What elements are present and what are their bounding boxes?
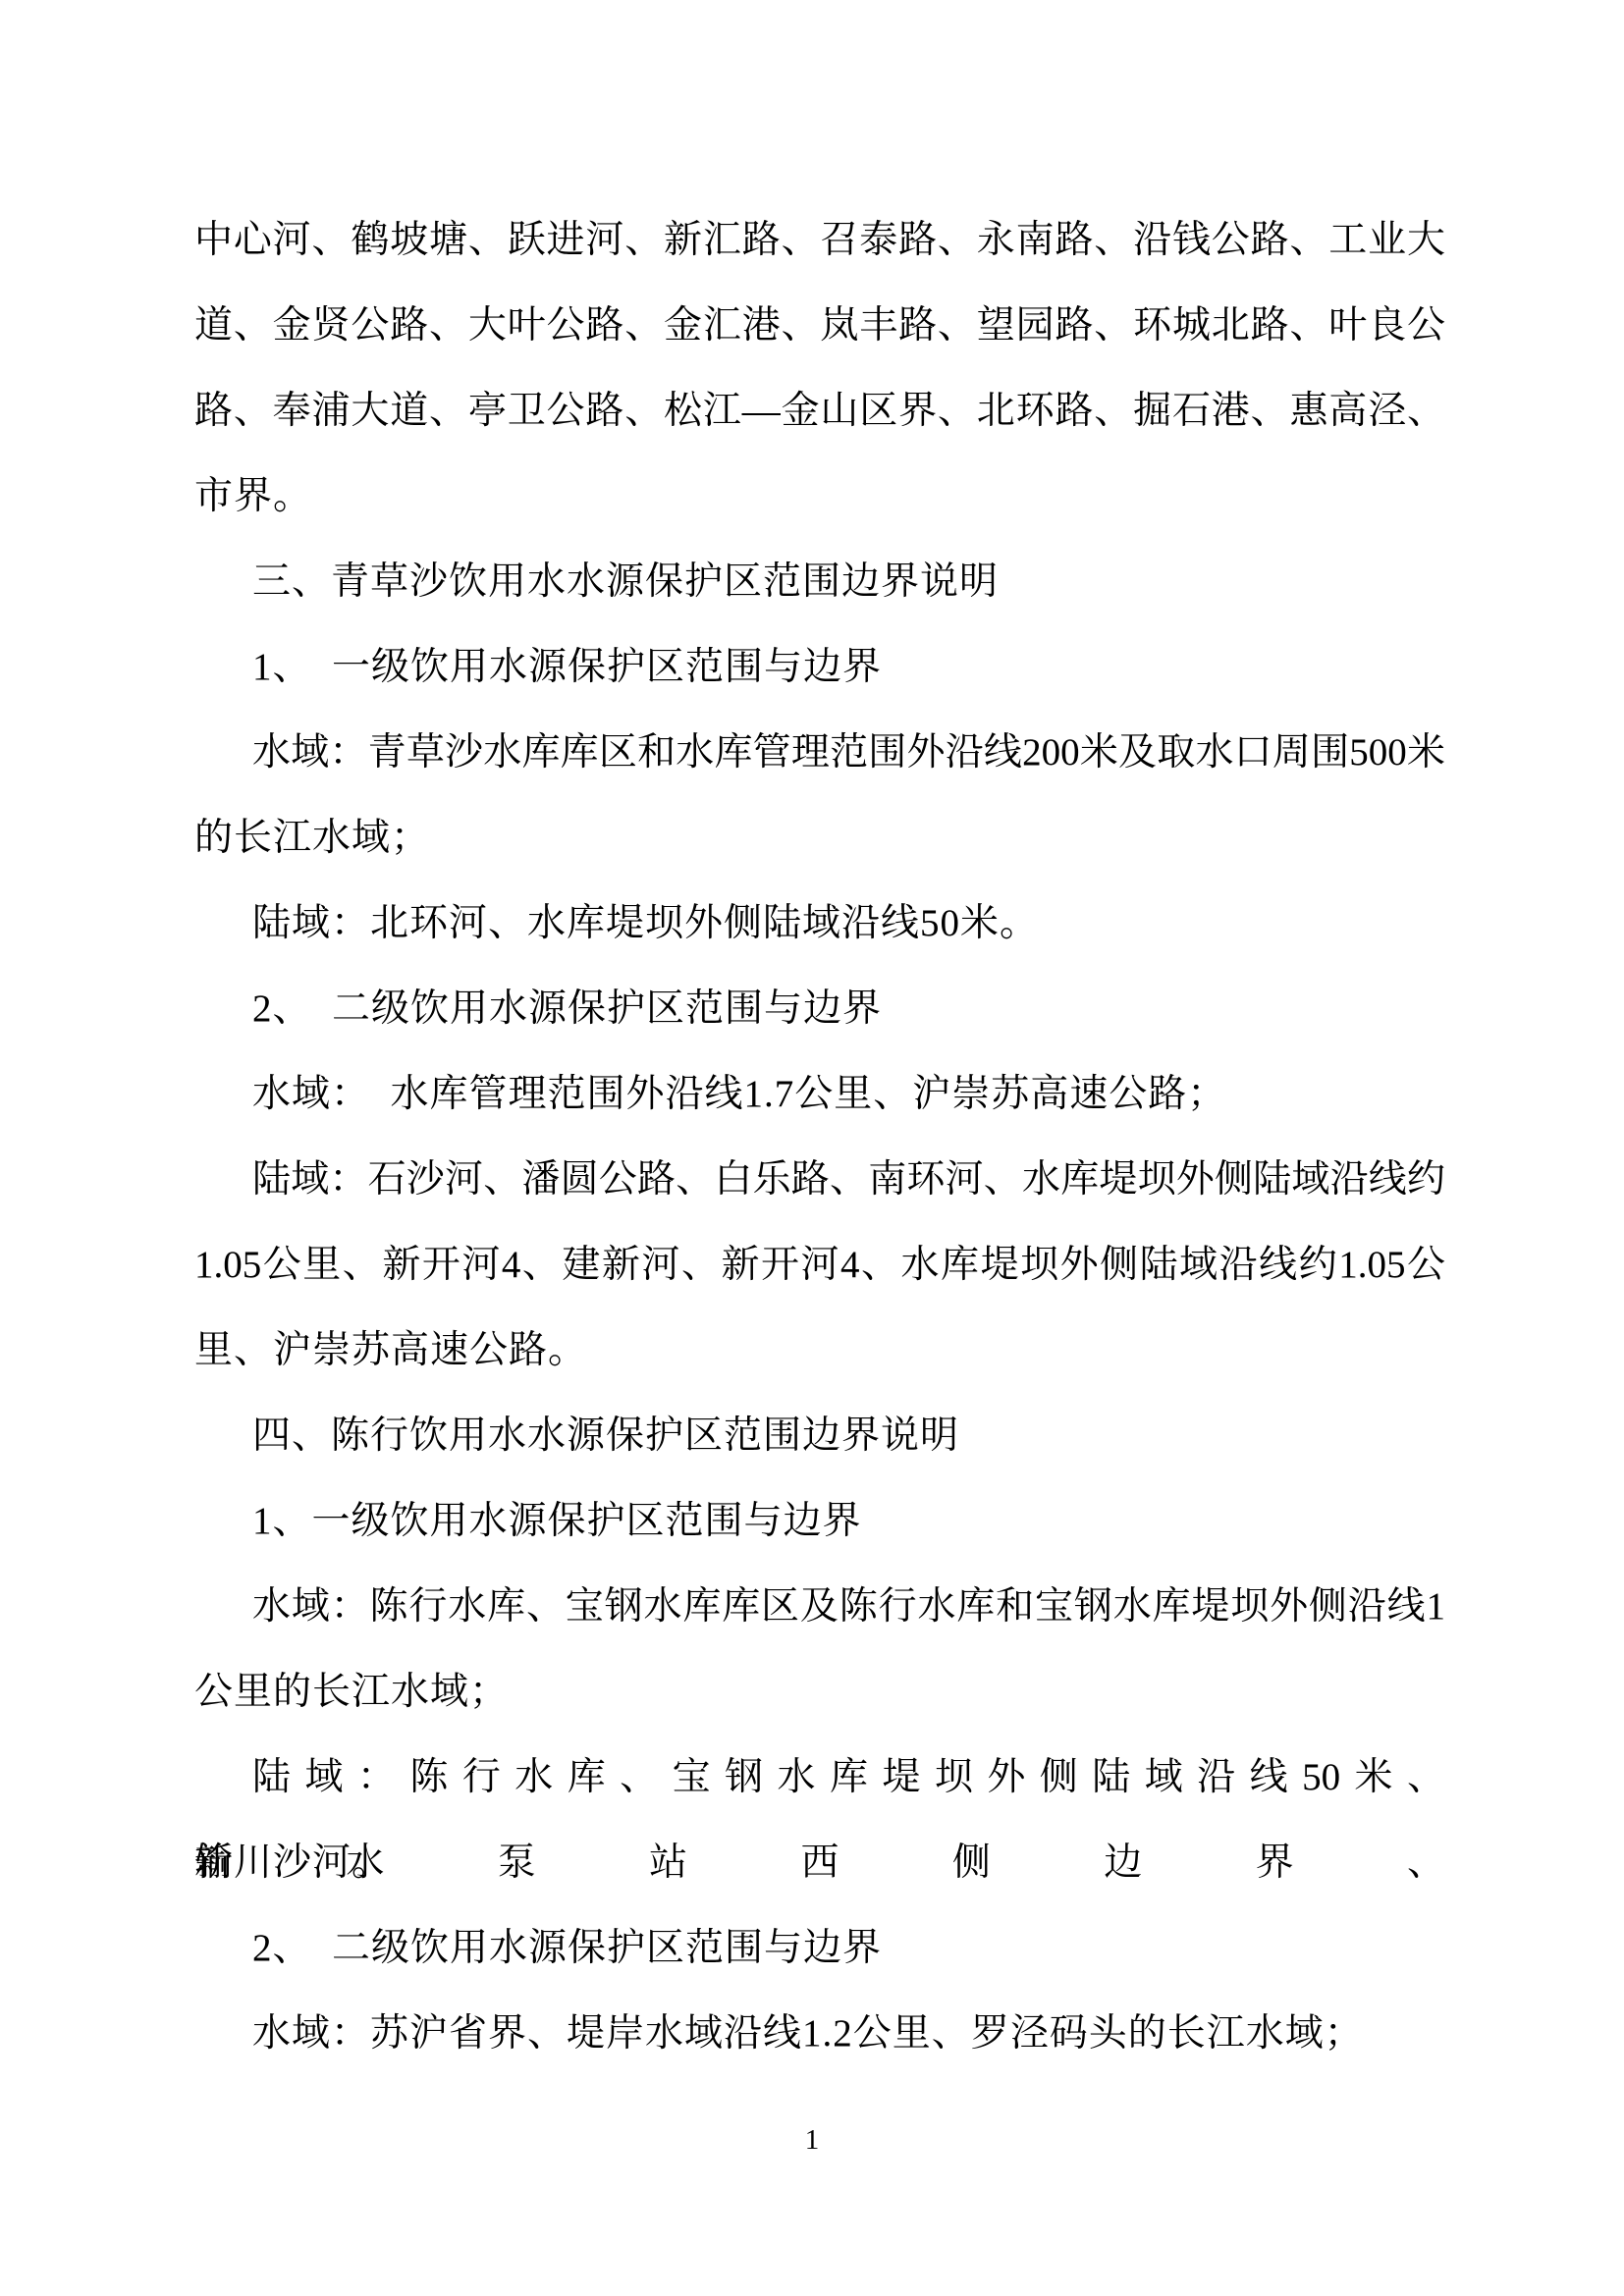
text-line: 中心河、鹤坡塘、跃进河、新汇路、召泰路、永南路、沿钱公路、工业大	[194, 197, 1445, 283]
document-page: 中心河、鹤坡塘、跃进河、新汇路、召泰路、永南路、沿钱公路、工业大 道、金贤公路、…	[0, 0, 1624, 2296]
subsection-heading: 1、一级饮用水源保护区范围与边界	[194, 1478, 1445, 1564]
text-line: 1.05公里、新开河4、建新河、新开河4、水库堤坝外侧陆域沿线约1.05公	[194, 1222, 1445, 1308]
text-line: 路、奉浦大道、亭卫公路、松江—金山区界、北环路、掘石港、惠高泾、	[194, 368, 1445, 454]
subsection-heading: 2、 二级饮用水源保护区范围与边界	[194, 1905, 1445, 1991]
text-line: 陆域：北环河、水库堤坝外侧陆域沿线50米。	[194, 881, 1445, 966]
text-line: 里、沪崇苏高速公路。	[194, 1308, 1445, 1393]
section-heading: 三、青草沙饮用水水源保护区范围边界说明	[194, 539, 1445, 624]
text-line: 陆域：石沙河、潘圆公路、白乐路、南环河、水库堤坝外侧陆域沿线约	[194, 1137, 1445, 1222]
subsection-heading: 2、 二级饮用水源保护区范围与边界	[194, 966, 1445, 1051]
page-number: 1	[0, 2120, 1624, 2160]
text-line: 水域：苏沪省界、堤岸水域沿线1.2公里、罗泾码头的长江水域；	[194, 1991, 1445, 2076]
subsection-heading: 1、 一级饮用水源保护区范围与边界	[194, 624, 1445, 710]
text-line: 的长江水域；	[194, 795, 1445, 881]
text-line: 水域：青草沙水库库区和水库管理范围外沿线200米及取水口周围500米	[194, 710, 1445, 795]
text-line: 陆域：陈行水库、宝钢水库堤坝外侧陆域沿线50米、输水泵站西侧边界、	[194, 1735, 1445, 1820]
text-line: 水域： 水库管理范围外沿线1.7公里、沪崇苏高速公路；	[194, 1051, 1445, 1137]
section-heading: 四、陈行饮用水水源保护区范围边界说明	[194, 1393, 1445, 1478]
text-line: 公里的长江水域；	[194, 1649, 1445, 1735]
text-line: 水域：陈行水库、宝钢水库库区及陈行水库和宝钢水库堤坝外侧沿线1	[194, 1564, 1445, 1649]
document-body: 中心河、鹤坡塘、跃进河、新汇路、召泰路、永南路、沿钱公路、工业大 道、金贤公路、…	[194, 197, 1445, 2076]
text-line: 道、金贤公路、大叶公路、金汇港、岚丰路、望园路、环城北路、叶良公	[194, 283, 1445, 368]
text-line: 市界。	[194, 454, 1445, 539]
